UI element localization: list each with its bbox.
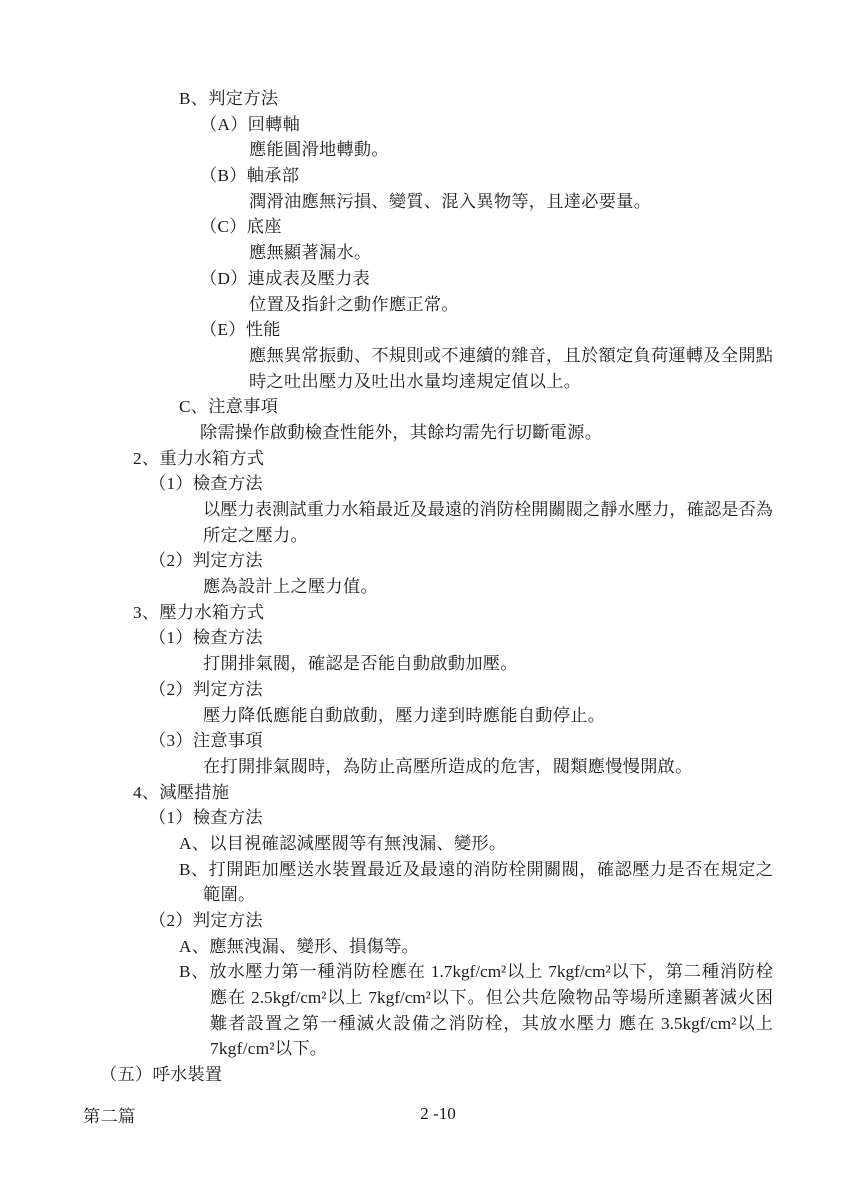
text-line: B、打開距加壓送水裝置最近及最遠的消防栓開關閥，確認壓力是否在規定之 xyxy=(179,857,773,883)
document-body: B、判定方法 （A）回轉軸 應能圓滑地轉動。 （B）軸承部 潤滑油應無污損、變質… xyxy=(0,86,852,1088)
text-line: 打開排氣閥，確認是否能自動啟動加壓。 xyxy=(203,651,852,677)
text-line: （1）檢查方法 xyxy=(149,471,852,497)
text-line: （E）性能 xyxy=(200,317,852,343)
text-line: 應無異常振動、不規則或不連續的雜音，且於額定負荷運轉及全開點 xyxy=(249,343,773,369)
text-line: 7kgf/cm²以下。 xyxy=(210,1036,852,1062)
text-line: 應能圓滑地轉動。 xyxy=(249,137,852,163)
text-line: （1）檢查方法 xyxy=(149,805,852,831)
text-line: B、判定方法 xyxy=(179,86,852,112)
text-line: C、注意事項 xyxy=(179,394,852,420)
text-line: （1）檢查方法 xyxy=(149,625,852,651)
text-line: 4、減壓措施 xyxy=(133,780,852,806)
text-line: 應無顯著漏水。 xyxy=(249,240,852,266)
text-line: （D）連成表及壓力表 xyxy=(200,266,852,292)
text-line: 應為設計上之壓力值。 xyxy=(203,574,852,600)
text-line: 潤滑油應無污損、變質、混入異物等，且達必要量。 xyxy=(249,189,852,215)
text-line: 應在 2.5kgf/cm²以上 7kgf/cm²以下。但公共危險物品等場所達顯著… xyxy=(210,985,773,1011)
text-line: 時之吐出壓力及吐出水量均達規定值以上。 xyxy=(249,369,852,395)
text-line: 壓力降低應能自動啟動，壓力達到時應能自動停止。 xyxy=(203,703,852,729)
text-line: （2）判定方法 xyxy=(149,908,852,934)
text-line: 除需操作啟動檢查性能外，其餘均需先行切斷電源。 xyxy=(200,420,852,446)
text-line: 所定之壓力。 xyxy=(203,523,852,549)
text-line: 位置及指針之動作應正常。 xyxy=(249,292,852,318)
text-line: A、應無洩漏、變形、損傷等。 xyxy=(179,934,852,960)
text-line: （2）判定方法 xyxy=(149,548,852,574)
text-line: （A）回轉軸 xyxy=(200,112,852,138)
text-line: （五）呼水裝置 xyxy=(100,1062,852,1088)
text-line: 在打開排氣閥時，為防止高壓所造成的危害，閥類應慢慢開啟。 xyxy=(203,754,852,780)
text-line: B、放水壓力第一種消防栓應在 1.7kgf/cm²以上 7kgf/cm²以下，第… xyxy=(179,959,773,985)
text-line: 2、重力水箱方式 xyxy=(133,446,852,472)
text-line: （2）判定方法 xyxy=(149,677,852,703)
document-page: B、判定方法 （A）回轉軸 應能圓滑地轉動。 （B）軸承部 潤滑油應無污損、變質… xyxy=(0,0,852,1200)
text-line: （C）底座 xyxy=(200,214,852,240)
text-line: （3）注意事項 xyxy=(149,728,852,754)
text-line: 難者設置之第一種滅火設備之消防栓，其放水壓力 應在 3.5kgf/cm²以上 xyxy=(210,1011,773,1037)
text-line: 3、壓力水箱方式 xyxy=(133,600,852,626)
text-line: 範圍。 xyxy=(203,882,852,908)
footer-page-number: 2 -10 xyxy=(12,1104,852,1124)
text-line: 以壓力表測試重力水箱最近及最遠的消防栓開關閥之靜水壓力，確認是否為 xyxy=(203,497,773,523)
text-line: （B）軸承部 xyxy=(200,163,852,189)
text-line: A、以目視確認減壓閥等有無洩漏、變形。 xyxy=(179,831,852,857)
